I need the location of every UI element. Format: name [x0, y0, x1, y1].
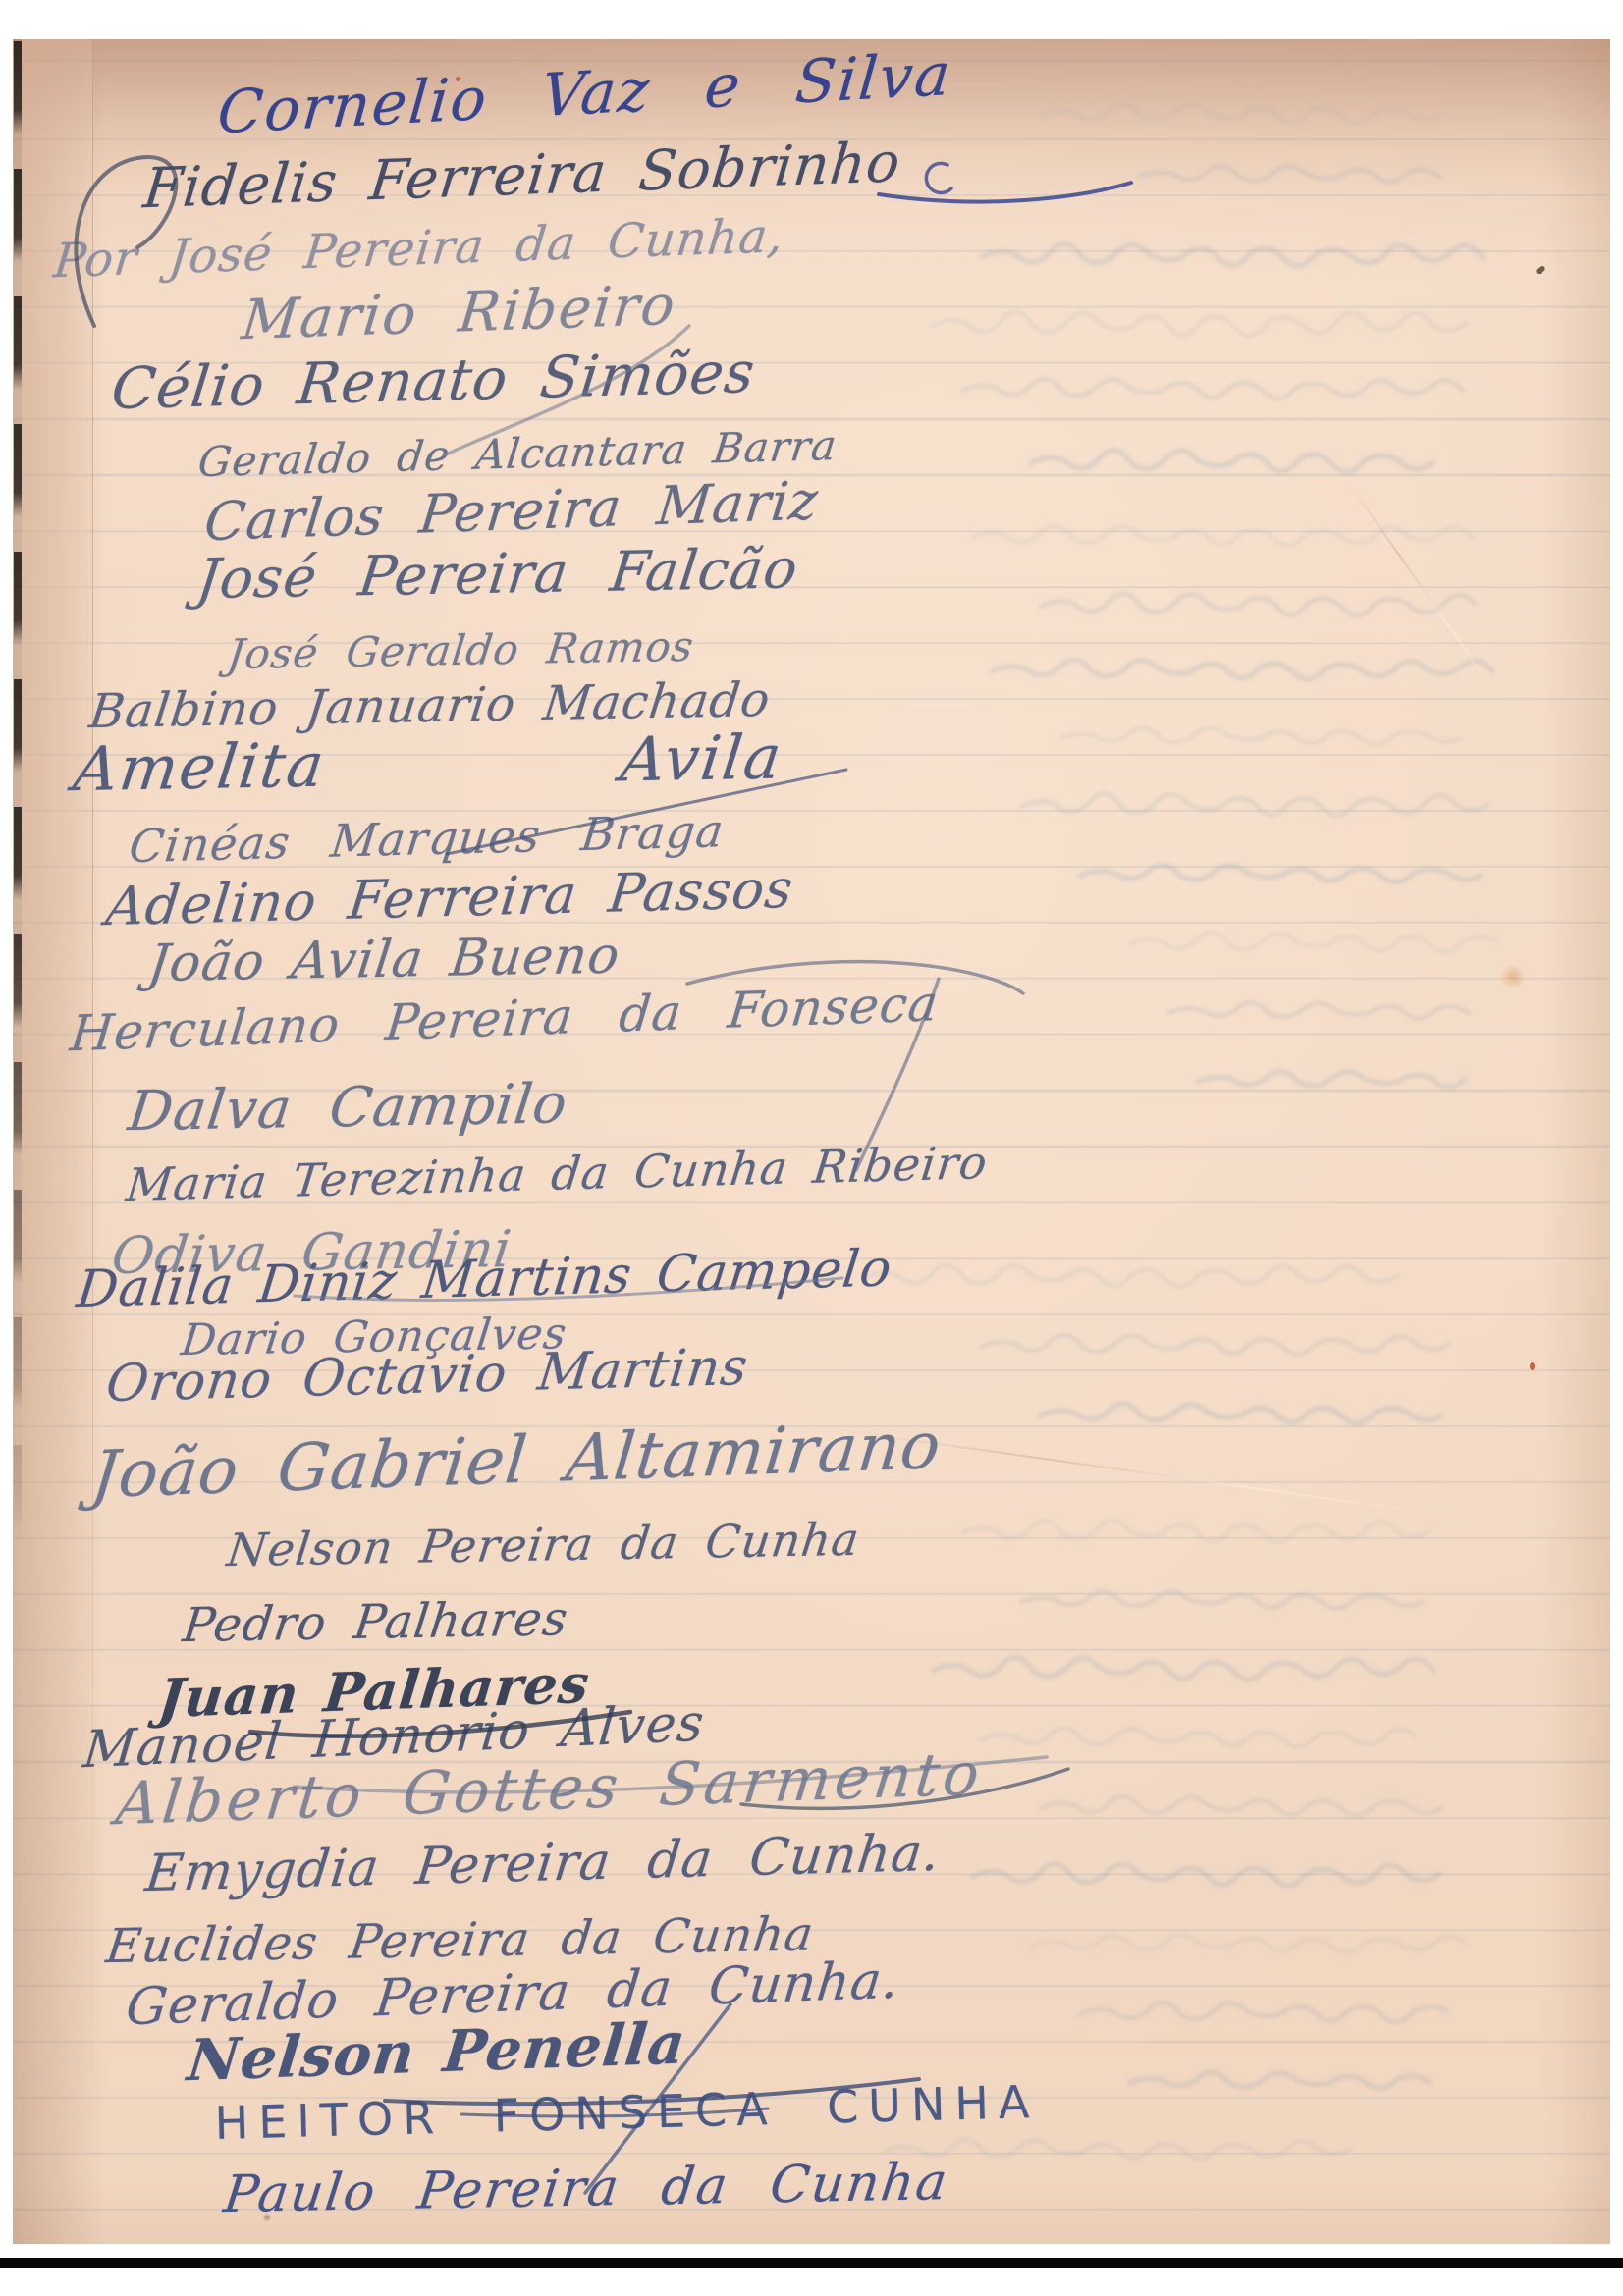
signature-line: Dalva Campilo: [125, 1072, 571, 1144]
signature-line: Amelita Avila: [70, 721, 786, 805]
scan-black-bar: [0, 2258, 1623, 2268]
book-binding-edge: [14, 41, 22, 1573]
page-edge-strip: [22, 39, 93, 2244]
signature-line: João Avila Bueno: [145, 927, 623, 994]
signature-line: Pedro Palhares: [180, 1591, 571, 1653]
signature-line: José Geraldo Ramos: [225, 622, 697, 678]
signature-line: Nelson Pereira da Cunha: [224, 1513, 862, 1576]
signature-line: José Pereira Falcão: [193, 537, 802, 612]
scanned-signature-page: Cornelio Vaz e SilvaFidelis Ferreira Sob…: [0, 0, 1623, 2296]
